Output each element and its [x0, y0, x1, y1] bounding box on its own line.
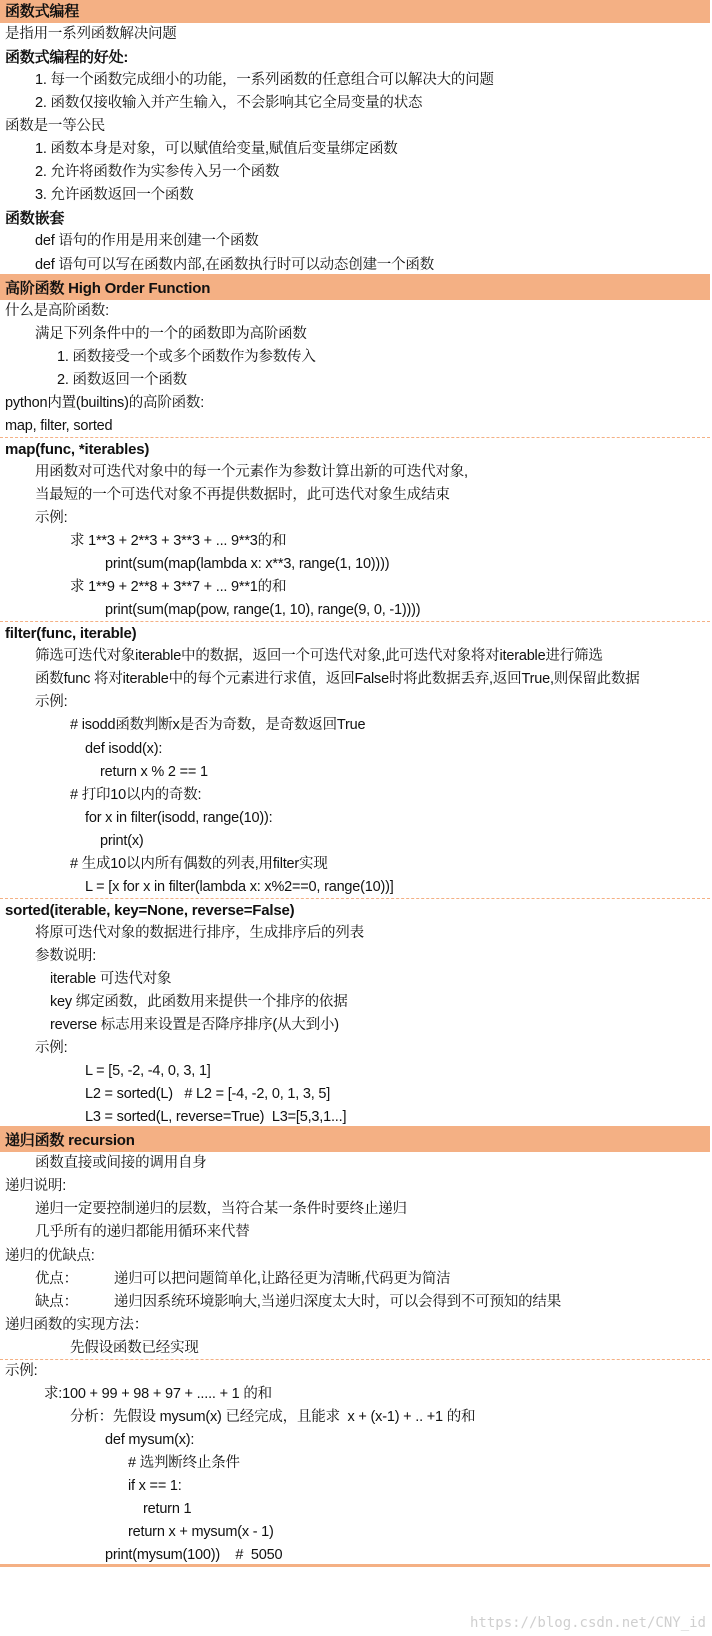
recursion-code-line: return x + mysum(x - 1)	[0, 1521, 710, 1544]
sorted-code-line: L = [5, -2, -4, 0, 3, 1]	[0, 1060, 710, 1083]
cons-label: 缺点：	[35, 1294, 78, 1310]
first-class-item: 2. 允许将函数作为实参传入另一个函数	[0, 161, 710, 184]
watermark: https://blog.csdn.net/CNY_id	[470, 1612, 706, 1634]
section-header-functional: 函数式编程	[0, 0, 710, 23]
pros-row: 优点：递归可以把问题简单化,让路径更为清晰,代码更为简洁	[0, 1268, 710, 1291]
filter-code-line: def isodd(x):	[0, 738, 710, 761]
hof-condition-item: 1. 函数接受一个或多个函数作为参数传入	[0, 346, 710, 369]
map-desc: 当最短的一个可迭代对象不再提供数据时，此可迭代对象生成结束	[0, 484, 710, 507]
first-class-title: 函数是一等公民	[0, 115, 710, 138]
map-example-task: 求 1**3 + 2**3 + 3**3 + ... 9**3的和	[0, 530, 710, 553]
pros-cons-title: 递归的优缺点:	[0, 1245, 710, 1268]
functional-intro: 是指用一系列函数解决问题	[0, 23, 710, 46]
hof-condition: 满足下列条件中的一个的函数即为高阶函数	[0, 323, 710, 346]
filter-desc: 筛选可迭代对象iterable中的数据，返回一个可迭代对象,此可迭代对象将对it…	[0, 645, 710, 668]
map-desc: 用函数对可迭代对象中的每一个元素作为参数计算出新的可迭代对象,	[0, 461, 710, 484]
pros-label: 优点：	[35, 1271, 78, 1287]
sorted-param: key 绑定函数，此函数用来提供一个排序的依据	[0, 991, 710, 1014]
sorted-example-label: 示例:	[0, 1037, 710, 1060]
map-example-code: print(sum(map(lambda x: x**3, range(1, 1…	[0, 553, 710, 576]
map-example-code: print(sum(map(pow, range(1, 10), range(9…	[0, 599, 710, 622]
first-class-item: 3. 允许函数返回一个函数	[0, 184, 710, 207]
sorted-code-line: L3 = sorted(L, reverse=True) L3=[5,3,1..…	[0, 1106, 710, 1129]
sorted-param: reverse 标志用来设置是否降序排序(从大到小)	[0, 1014, 710, 1037]
recursion-code-line: # 选判断终止条件	[0, 1452, 710, 1475]
recursion-code-line: print(mysum(100)) # 5050	[0, 1544, 710, 1567]
what-is-hof: 什么是高阶函数:	[0, 300, 710, 323]
benefit-item: 2. 函数仅接收输入并产生输入，不会影响其它全局变量的状态	[0, 92, 710, 115]
map-signature: map(func, *iterables)	[0, 438, 710, 461]
nesting-item: def 语句的作用是用来创建一个函数	[0, 230, 710, 253]
recursion-code-line: def mysum(x):	[0, 1429, 710, 1452]
builtins-title: python内置(builtins)的高阶函数:	[0, 392, 710, 415]
builtins-list: map, filter, sorted	[0, 415, 710, 438]
recursion-notes-title: 递归说明:	[0, 1175, 710, 1198]
filter-code-line: L = [x for x in filter(lambda x: x%2==0,…	[0, 876, 710, 899]
nesting-item: def 语句可以写在函数内部,在函数执行时可以动态创建一个函数	[0, 254, 710, 277]
benefits-title: 函数式编程的好处:	[0, 46, 710, 69]
filter-code-line: # 生成10以内所有偶数的列表,用filter实现	[0, 853, 710, 876]
first-class-item: 1. 函数本身是对象，可以赋值给变量,赋值后变量绑定函数	[0, 138, 710, 161]
nesting-title: 函数嵌套	[0, 207, 710, 230]
map-example-task: 求 1**9 + 2**8 + 3**7 + ... 9**1的和	[0, 576, 710, 599]
impl-text: 先假设函数已经实现	[0, 1337, 710, 1360]
recursion-task: 求:100 + 99 + 98 + 97 + ..... + 1 的和	[0, 1383, 710, 1406]
filter-code-line: return x % 2 == 1	[0, 761, 710, 784]
notes-sheet: 函数式编程 是指用一系列函数解决问题 函数式编程的好处: 1. 每一个函数完成细…	[0, 0, 710, 1567]
sorted-code-line: L2 = sorted(L) # L2 = [-4, -2, 0, 1, 3, …	[0, 1083, 710, 1106]
sorted-params-title: 参数说明:	[0, 945, 710, 968]
filter-signature: filter(func, iterable)	[0, 622, 710, 645]
recursion-analysis: 分析：先假设 mysum(x) 已经完成，且能求 x + (x-1) + .. …	[0, 1406, 710, 1429]
cons-row: 缺点：递归因系统环境影响大,当递归深度太大时，可以会得到不可预知的结果	[0, 1291, 710, 1314]
filter-code-line: print(x)	[0, 830, 710, 853]
filter-code-line: for x in filter(isodd, range(10)):	[0, 807, 710, 830]
filter-code-line: # 打印10以内的奇数:	[0, 784, 710, 807]
section-header-higher-order: 高阶函数 High Order Function	[0, 277, 710, 300]
impl-title: 递归函数的实现方法：	[0, 1314, 710, 1337]
benefit-item: 1. 每一个函数完成细小的功能，一系列函数的任意组合可以解决大的问题	[0, 69, 710, 92]
recursion-note: 递归一定要控制递归的层数，当符合某一条件时要终止递归	[0, 1198, 710, 1221]
cons-text: 递归因系统环境影响大,当递归深度太大时，可以会得到不可预知的结果	[114, 1294, 561, 1310]
section-header-recursion: 递归函数 recursion	[0, 1129, 710, 1152]
recursion-code-line: if x == 1:	[0, 1475, 710, 1498]
filter-example-label: 示例:	[0, 691, 710, 714]
sorted-param: iterable 可迭代对象	[0, 968, 710, 991]
filter-code-line: # isodd函数判断x是否为奇数，是奇数返回True	[0, 714, 710, 737]
pros-text: 递归可以把问题简单化,让路径更为清晰,代码更为简洁	[114, 1271, 451, 1287]
recursion-code-line: return 1	[0, 1498, 710, 1521]
sorted-desc: 将原可迭代对象的数据进行排序，生成排序后的列表	[0, 922, 710, 945]
map-example-label: 示例:	[0, 507, 710, 530]
filter-desc: 函数func 将对iterable中的每个元素进行求值，返回False时将此数据…	[0, 668, 710, 691]
recursion-definition: 函数直接或间接的调用自身	[0, 1152, 710, 1175]
recursion-note: 几乎所有的递归都能用循环来代替	[0, 1221, 710, 1244]
recursion-example-label: 示例:	[0, 1360, 710, 1383]
sorted-signature: sorted(iterable, key=None, reverse=False…	[0, 899, 710, 922]
hof-condition-item: 2. 函数返回一个函数	[0, 369, 710, 392]
